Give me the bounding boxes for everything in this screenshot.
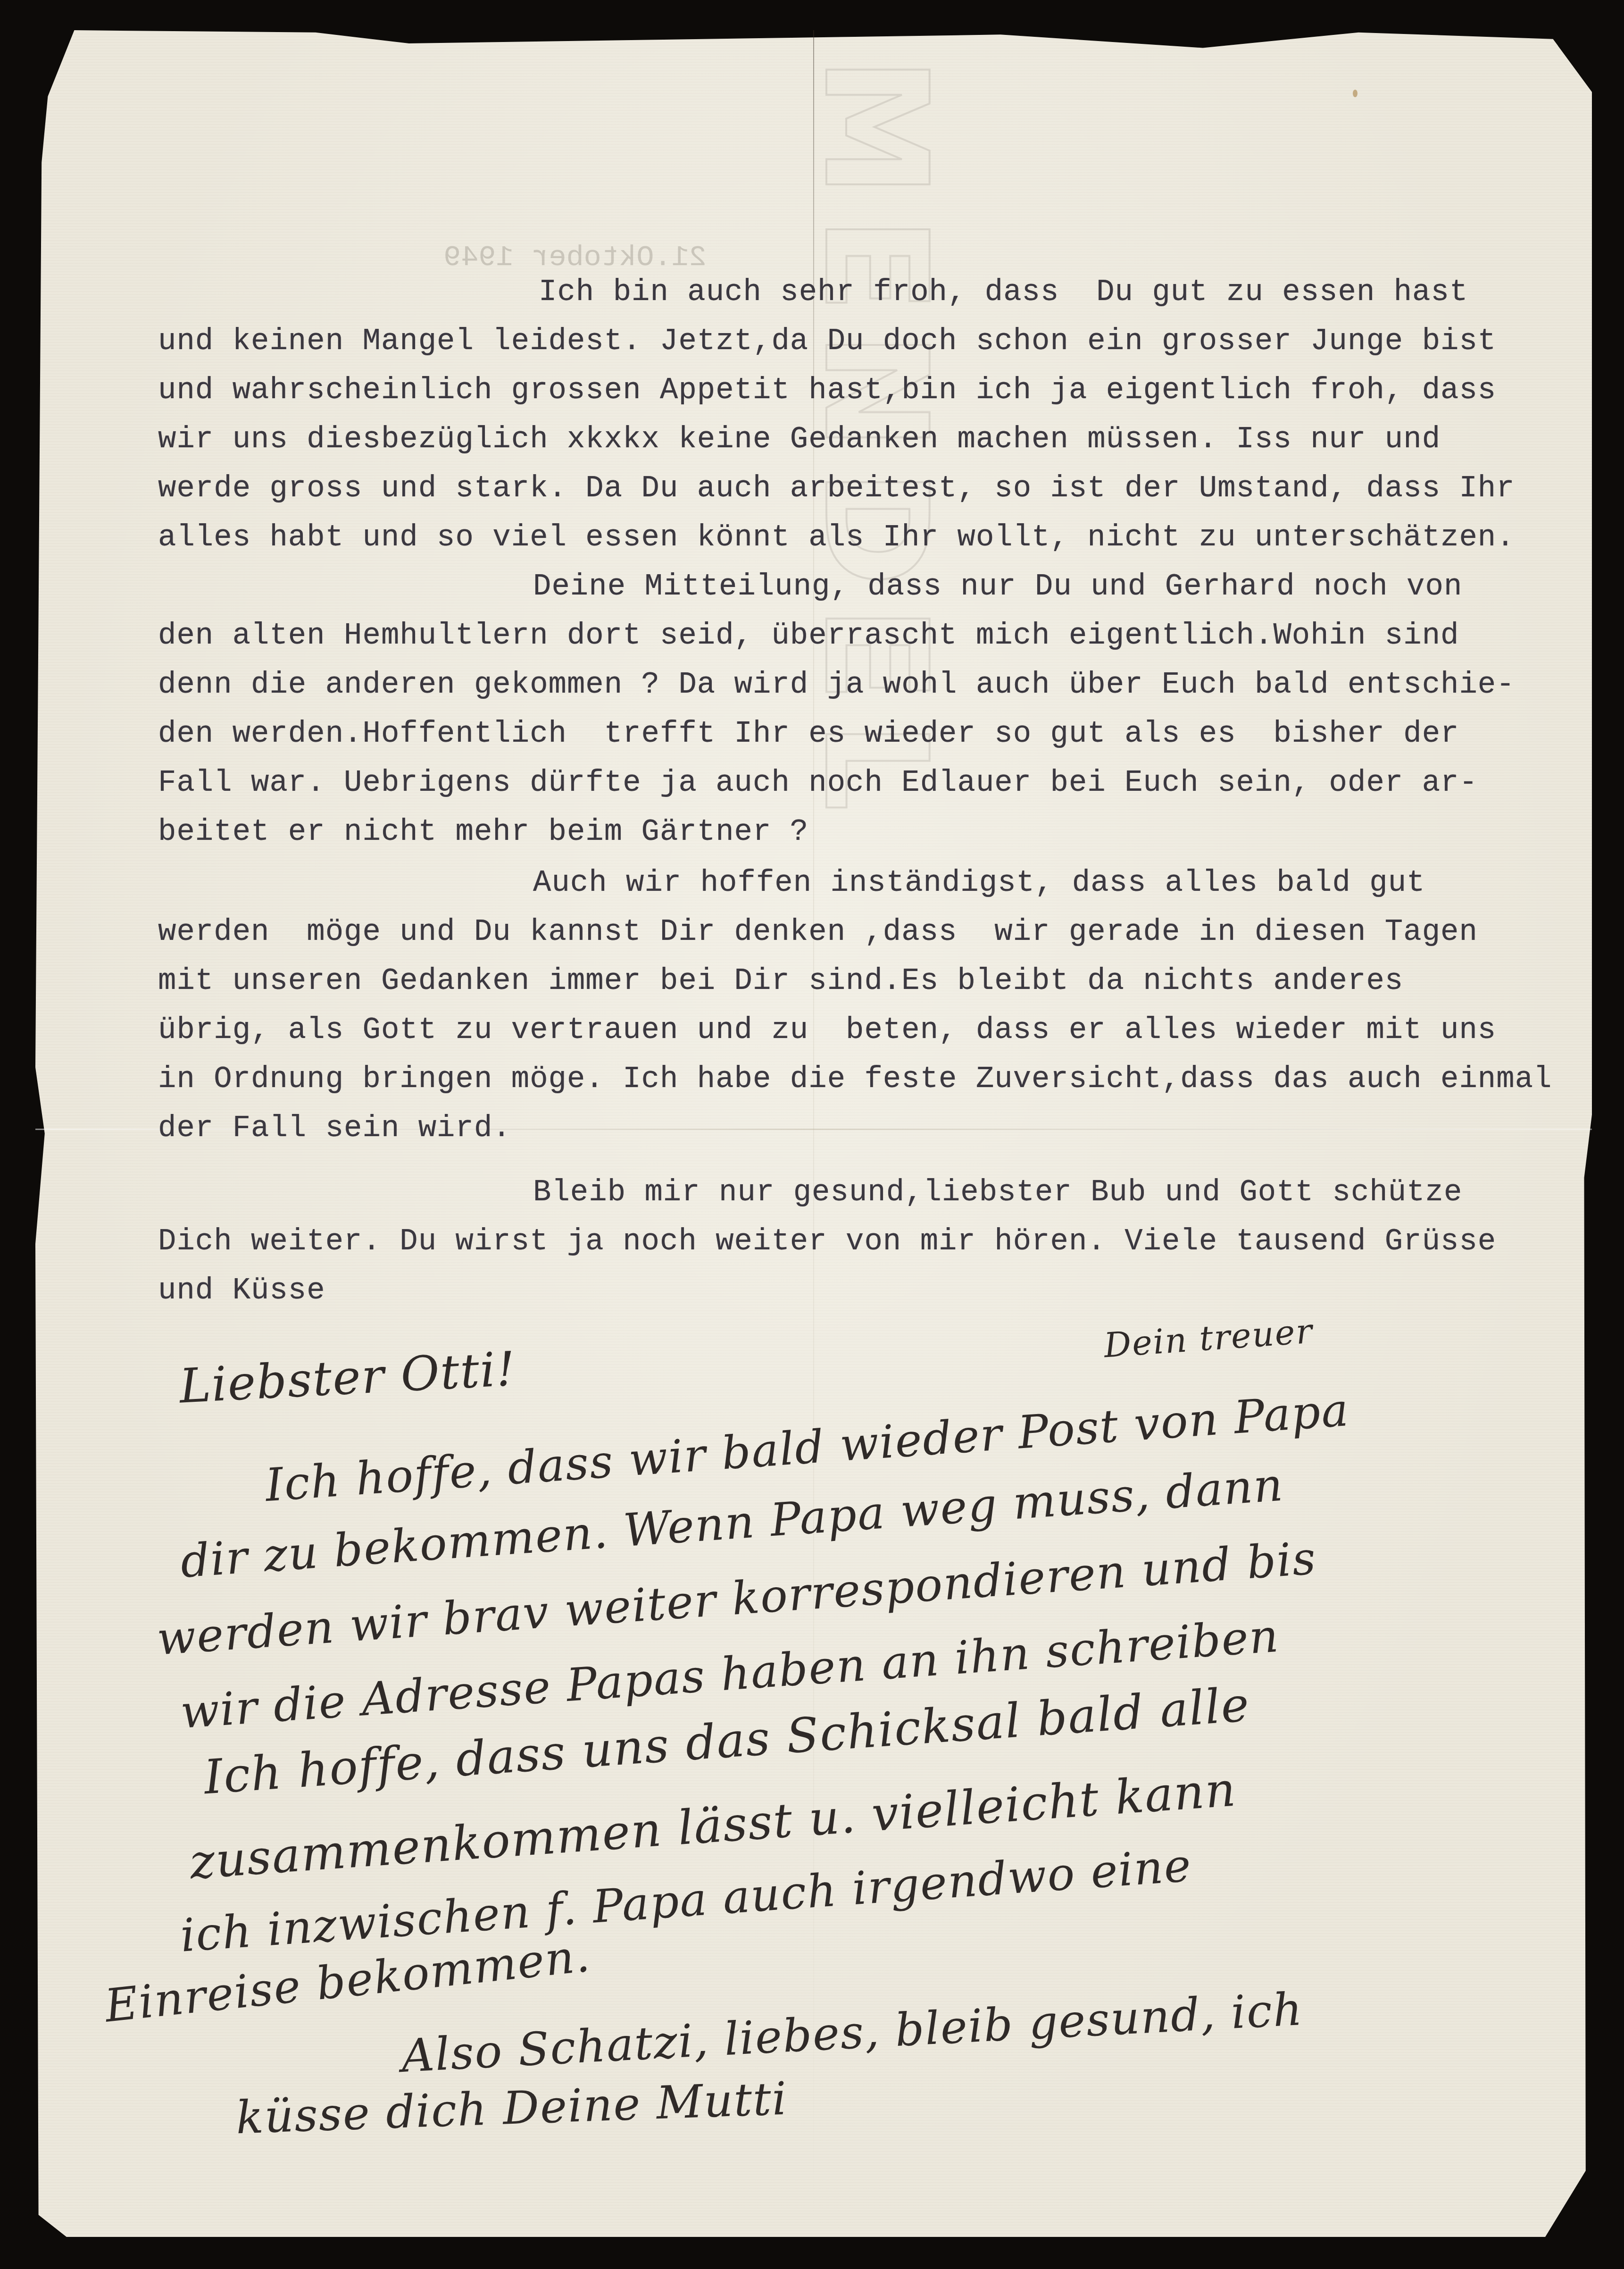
typed-line: denn die anderen gekommen ? Da wird ja w… — [158, 670, 1515, 700]
typed-line: mit unseren Gedanken immer bei Dir sind.… — [158, 966, 1403, 996]
ghost-date-bleedthrough: 21.Oktober 1949 — [443, 241, 707, 274]
typed-line: und keinen Mangel leidest. Jetzt,da Du d… — [158, 327, 1496, 357]
typed-line: Deine Mitteilung, dass nur Du und Gerhar… — [533, 572, 1462, 602]
typed-line: Bleib mir nur gesund,liebster Bub und Go… — [533, 1178, 1462, 1208]
typed-line: der Fall sein wird. — [158, 1114, 511, 1144]
typed-line: Fall war. Uebrigens dürfte ja auch noch … — [158, 768, 1478, 798]
typed-line: wir uns diesbezüglich xkxkx keine Gedank… — [158, 425, 1441, 455]
typed-line: werden möge und Du kannst Dir denken ,da… — [158, 917, 1478, 947]
typed-line: den werden.Hoffentlich trefft Ihr es wie… — [158, 719, 1459, 749]
typed-line: den alten Hemhultlern dort seid, überras… — [158, 621, 1459, 651]
typed-line: Auch wir hoffen inständigst, dass alles … — [533, 868, 1425, 898]
typed-line: in Ordnung bringen möge. Ich habe die fe… — [158, 1064, 1552, 1095]
typed-line: Dich weiter. Du wirst ja noch weiter von… — [158, 1227, 1496, 1257]
typed-line: und Küsse — [158, 1276, 325, 1306]
typed-line: Ich bin auch sehr froh, dass Du gut zu e… — [539, 277, 1468, 308]
typed-line: werde gross und stark. Da Du auch arbeit… — [158, 474, 1515, 504]
typed-line: und wahrscheinlich grossen Appetit hast,… — [158, 376, 1496, 406]
typed-line: beitet er nicht mehr beim Gärtner ? — [158, 817, 808, 847]
typed-line: übrig, als Gott zu vertrauen und zu bete… — [158, 1015, 1496, 1046]
paper-stain — [1353, 90, 1357, 97]
typed-line: alles habt und so viel essen könnt als I… — [158, 523, 1515, 553]
